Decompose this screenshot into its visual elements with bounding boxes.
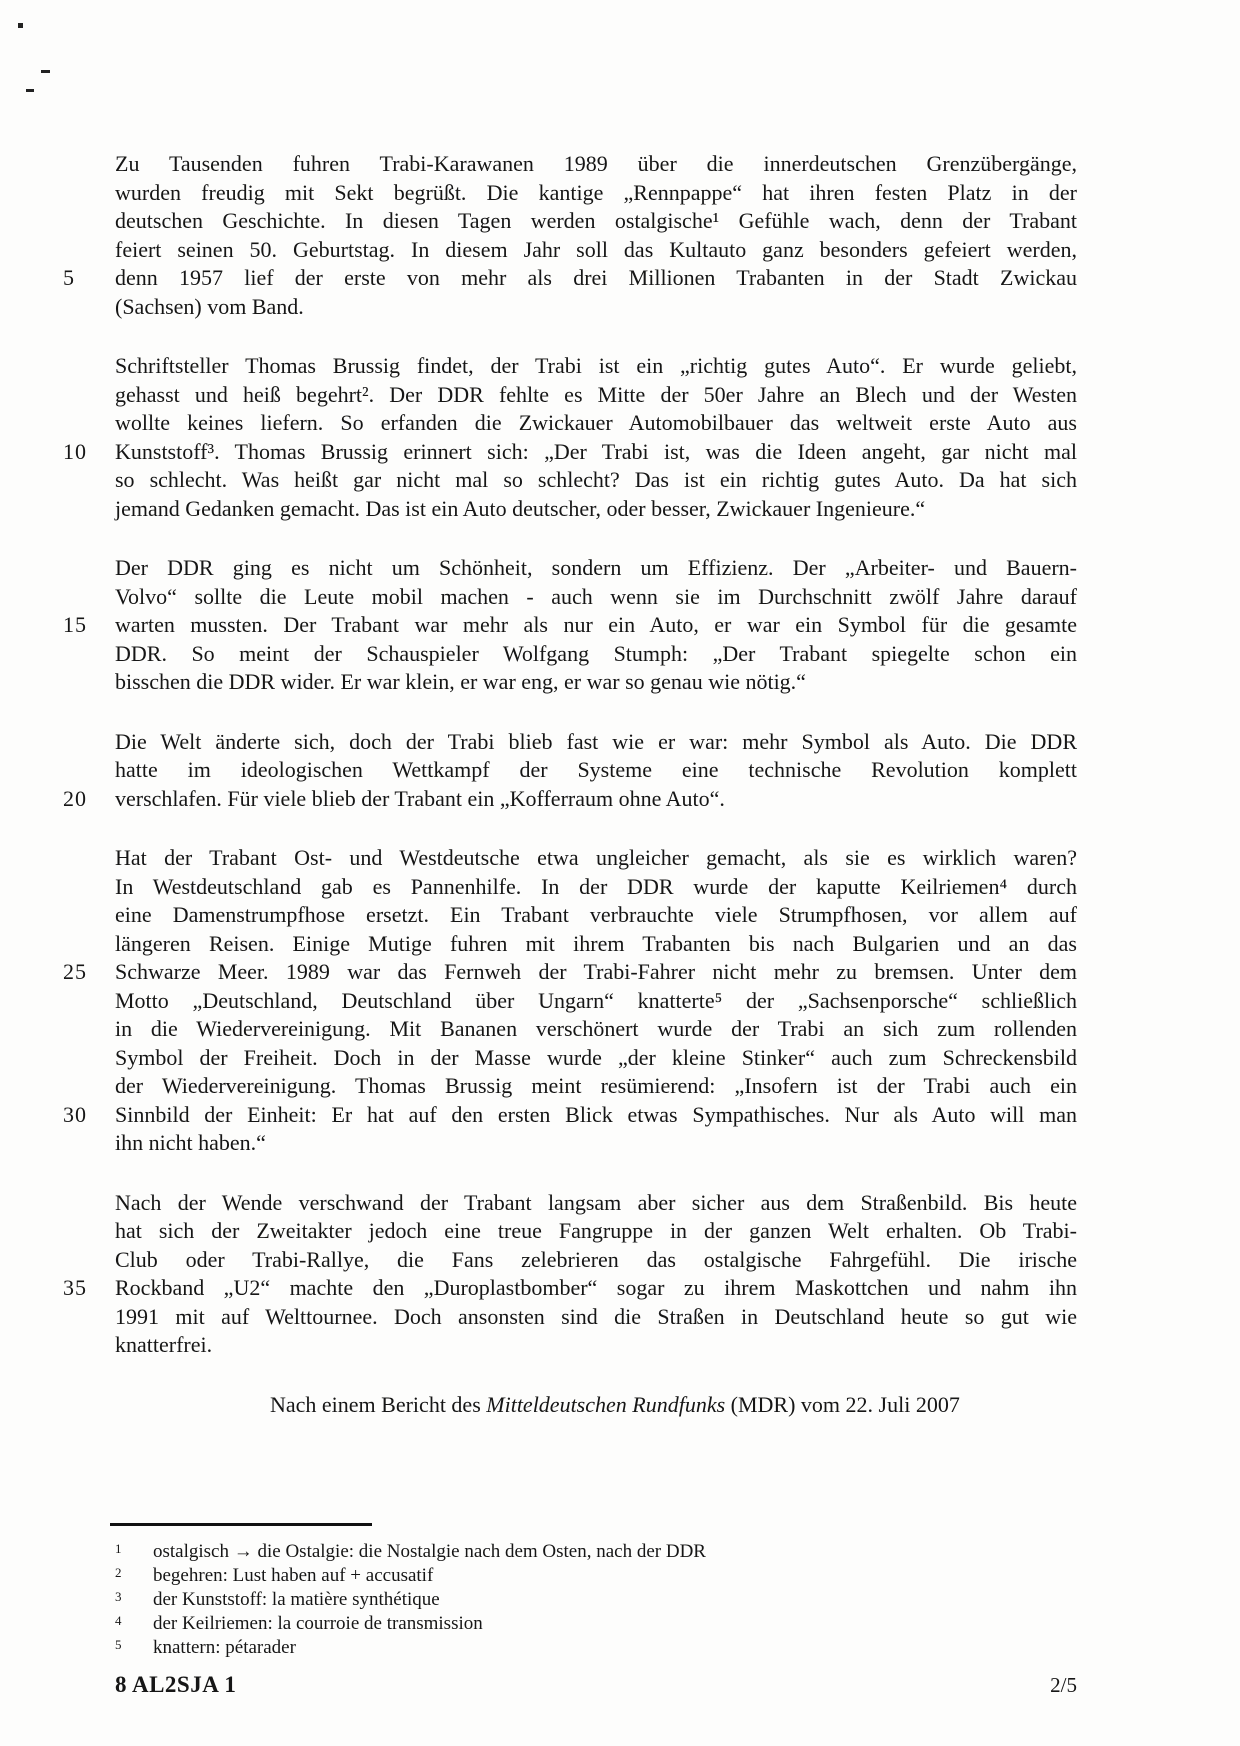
text-line: knatterfrei. (115, 1331, 1077, 1360)
text-line: 1991 mit auf Welttournee. Doch ansonsten… (115, 1303, 1077, 1332)
text-line: längeren Reisen. Einige Mutige fuhren mi… (115, 930, 1077, 959)
line-text: wurden freudig mit Sekt begrüßt. Die kan… (115, 180, 1077, 205)
text-line: Motto „Deutschland, Deutschland über Ung… (115, 987, 1077, 1016)
line-text: hat sich der Zweitakter jedoch eine treu… (115, 1218, 1077, 1243)
text-line: hatte im ideologischen Wettkampf der Sys… (115, 756, 1077, 785)
line-text: Rockband „U2“ machte den „Duroplastbombe… (115, 1275, 1077, 1300)
line-text: jemand Gedanken gemacht. Das ist ein Aut… (115, 496, 925, 521)
line-text: deutschen Geschichte. In diesen Tagen we… (115, 208, 1077, 233)
text-line: In Westdeutschland gab es Pannenhilfe. I… (115, 873, 1077, 902)
line-number: 20 (63, 785, 103, 814)
footnote: 3der Kunststoff: la matière synthétique (115, 1588, 1077, 1612)
text-line: hat sich der Zweitakter jedoch eine treu… (115, 1217, 1077, 1246)
text-line: Club oder Trabi-Rallye, die Fans zelebri… (115, 1246, 1077, 1275)
scan-artifact (41, 70, 50, 73)
line-text: hatte im ideologischen Wettkampf der Sys… (115, 757, 1077, 782)
text-line: Schriftsteller Thomas Brussig findet, de… (115, 352, 1077, 381)
line-text: Nach der Wende verschwand der Trabant la… (115, 1190, 1077, 1215)
footnote: 5knattern: pétarader (115, 1636, 1077, 1660)
document-page: Zu Tausenden fuhren Trabi-Karawanen 1989… (0, 0, 1240, 1746)
line-text: Club oder Trabi-Rallye, die Fans zelebri… (115, 1247, 1077, 1272)
text-line: bisschen die DDR wider. Er war klein, er… (115, 668, 1077, 697)
text-line: feiert seinen 50. Geburtstag. In diesem … (115, 236, 1077, 265)
text-line: 30Sinnbild der Einheit: Er hat auf den e… (115, 1101, 1077, 1130)
line-number: 15 (63, 611, 103, 640)
line-text: 1991 mit auf Welttournee. Doch ansonsten… (115, 1304, 1077, 1329)
text-line: in die Wiedervereinigung. Mit Bananen ve… (115, 1015, 1077, 1044)
line-text: Symbol der Freiheit. Doch in der Masse w… (115, 1045, 1077, 1070)
paragraph: Hat der Trabant Ost- und Westdeutsche et… (115, 844, 1077, 1158)
source-attribution: Nach einem Bericht des Mitteldeutschen R… (270, 1391, 1077, 1420)
line-text: eine Damenstrumpfhose ersetzt. Ein Traba… (115, 902, 1077, 927)
line-text: gehasst und heiß begehrt². Der DDR fehlt… (115, 382, 1077, 407)
footnote-text: begehren: Lust haben auf + accusatif (153, 1565, 433, 1586)
line-text: so schlecht. Was heißt gar nicht mal so … (115, 467, 1077, 492)
line-text: warten mussten. Der Trabant war mehr als… (115, 612, 1077, 637)
line-text: Volvo“ sollte die Leute mobil machen - a… (115, 584, 1077, 609)
text-line: deutschen Geschichte. In diesen Tagen we… (115, 207, 1077, 236)
source-italic: Mitteldeutschen Rundfunks (486, 1392, 725, 1417)
footnote: 1ostalgisch → die Ostalgie: die Nostalgi… (115, 1540, 1077, 1564)
paragraph: Schriftsteller Thomas Brussig findet, de… (115, 352, 1077, 523)
paragraph: Die Welt änderte sich, doch der Trabi bl… (115, 728, 1077, 814)
footnote: 2begehren: Lust haben auf + accusatif (115, 1564, 1077, 1588)
source-prefix: Nach einem Bericht des (270, 1392, 486, 1417)
line-text: Schriftsteller Thomas Brussig findet, de… (115, 353, 1077, 378)
text-line: der Wiedervereinigung. Thomas Brussig me… (115, 1072, 1077, 1101)
text-line: Die Welt änderte sich, doch der Trabi bl… (115, 728, 1077, 757)
line-text: Sinnbild der Einheit: Er hat auf den ers… (115, 1102, 1077, 1127)
text-line: 15warten mussten. Der Trabant war mehr a… (115, 611, 1077, 640)
source-suffix: (MDR) vom 22. Juli 2007 (725, 1392, 960, 1417)
text-line: gehasst und heiß begehrt². Der DDR fehlt… (115, 381, 1077, 410)
line-text: wollte keines liefern. So erfanden die Z… (115, 410, 1077, 435)
line-number: 25 (63, 958, 103, 987)
document-code: 8 AL2SJA 1 (115, 1672, 236, 1698)
line-number: 10 (63, 438, 103, 467)
text-line: 25Schwarze Meer. 1989 war das Fernweh de… (115, 958, 1077, 987)
footnote-number: 4 (115, 1609, 122, 1633)
footnote-number: 1 (115, 1537, 122, 1561)
footnote-number: 5 (115, 1633, 122, 1657)
line-text: in die Wiedervereinigung. Mit Bananen ve… (115, 1016, 1077, 1041)
footnote-text: ostalgisch → die Ostalgie: die Nostalgie… (153, 1541, 706, 1562)
text-line: so schlecht. Was heißt gar nicht mal so … (115, 466, 1077, 495)
line-number: 5 (63, 264, 103, 293)
line-text: Motto „Deutschland, Deutschland über Ung… (115, 988, 1077, 1013)
line-text: denn 1957 lief der erste von mehr als dr… (115, 265, 1077, 290)
text-line: Der DDR ging es nicht um Schönheit, sond… (115, 554, 1077, 583)
line-text: längeren Reisen. Einige Mutige fuhren mi… (115, 931, 1077, 956)
scan-artifact (18, 23, 23, 28)
paragraph: Nach der Wende verschwand der Trabant la… (115, 1189, 1077, 1360)
text-line: Symbol der Freiheit. Doch in der Masse w… (115, 1044, 1077, 1073)
text-line: Zu Tausenden fuhren Trabi-Karawanen 1989… (115, 150, 1077, 179)
line-text: Zu Tausenden fuhren Trabi-Karawanen 1989… (115, 151, 1077, 176)
line-text: DDR. So meint der Schauspieler Wolfgang … (115, 641, 1077, 666)
line-text: Hat der Trabant Ost- und Westdeutsche et… (115, 845, 1077, 870)
line-text: Kunststoff³. Thomas Brussig erinnert sic… (115, 439, 1077, 464)
line-text: der Wiedervereinigung. Thomas Brussig me… (115, 1073, 1077, 1098)
footnote-number: 3 (115, 1585, 122, 1609)
text-line: eine Damenstrumpfhose ersetzt. Ein Traba… (115, 901, 1077, 930)
text-line: wurden freudig mit Sekt begrüßt. Die kan… (115, 179, 1077, 208)
line-text: verschlafen. Für viele blieb der Trabant… (115, 786, 725, 811)
page-footer: 8 AL2SJA 1 2/5 (115, 1672, 1077, 1698)
line-text: (Sachsen) vom Band. (115, 294, 304, 319)
text-line: 35Rockband „U2“ machte den „Duroplastbom… (115, 1274, 1077, 1303)
line-number: 30 (63, 1101, 103, 1130)
line-text: ihn nicht haben.“ (115, 1130, 266, 1155)
line-text: Die Welt änderte sich, doch der Trabi bl… (115, 729, 1077, 754)
text-line: 10Kunststoff³. Thomas Brussig erinnert s… (115, 438, 1077, 467)
text-line: wollte keines liefern. So erfanden die Z… (115, 409, 1077, 438)
footnote-text: der Kunststoff: la matière synthétique (153, 1589, 440, 1610)
text-line: 5denn 1957 lief der erste von mehr als d… (115, 264, 1077, 293)
text-line: (Sachsen) vom Band. (115, 293, 1077, 322)
line-text: Der DDR ging es nicht um Schönheit, sond… (115, 555, 1077, 580)
paragraph: Zu Tausenden fuhren Trabi-Karawanen 1989… (115, 150, 1077, 321)
text-body: Zu Tausenden fuhren Trabi-Karawanen 1989… (115, 150, 1077, 1419)
text-line: jemand Gedanken gemacht. Das ist ein Aut… (115, 495, 1077, 524)
line-text: knatterfrei. (115, 1332, 212, 1357)
paragraph: Der DDR ging es nicht um Schönheit, sond… (115, 554, 1077, 697)
footnotes-section: 1ostalgisch → die Ostalgie: die Nostalgi… (115, 1540, 1077, 1660)
page-number: 2/5 (1050, 1673, 1077, 1698)
line-text: feiert seinen 50. Geburtstag. In diesem … (115, 237, 1077, 262)
footnote-text: knattern: pétarader (153, 1637, 296, 1658)
text-line: 20verschlafen. Für viele blieb der Traba… (115, 785, 1077, 814)
line-number: 35 (63, 1274, 103, 1303)
line-text: Schwarze Meer. 1989 war das Fernweh der … (115, 959, 1077, 984)
footnote: 4der Keilriemen: la courroie de transmis… (115, 1612, 1077, 1636)
text-line: ihn nicht haben.“ (115, 1129, 1077, 1158)
text-line: Hat der Trabant Ost- und Westdeutsche et… (115, 844, 1077, 873)
text-line: Volvo“ sollte die Leute mobil machen - a… (115, 583, 1077, 612)
footnote-text: der Keilriemen: la courroie de transmiss… (153, 1613, 483, 1634)
scan-artifact (26, 89, 34, 92)
text-line: Nach der Wende verschwand der Trabant la… (115, 1189, 1077, 1218)
footnote-divider (110, 1523, 372, 1526)
line-text: bisschen die DDR wider. Er war klein, er… (115, 669, 806, 694)
footnote-number: 2 (115, 1561, 122, 1585)
text-line: DDR. So meint der Schauspieler Wolfgang … (115, 640, 1077, 669)
line-text: In Westdeutschland gab es Pannenhilfe. I… (115, 874, 1077, 899)
